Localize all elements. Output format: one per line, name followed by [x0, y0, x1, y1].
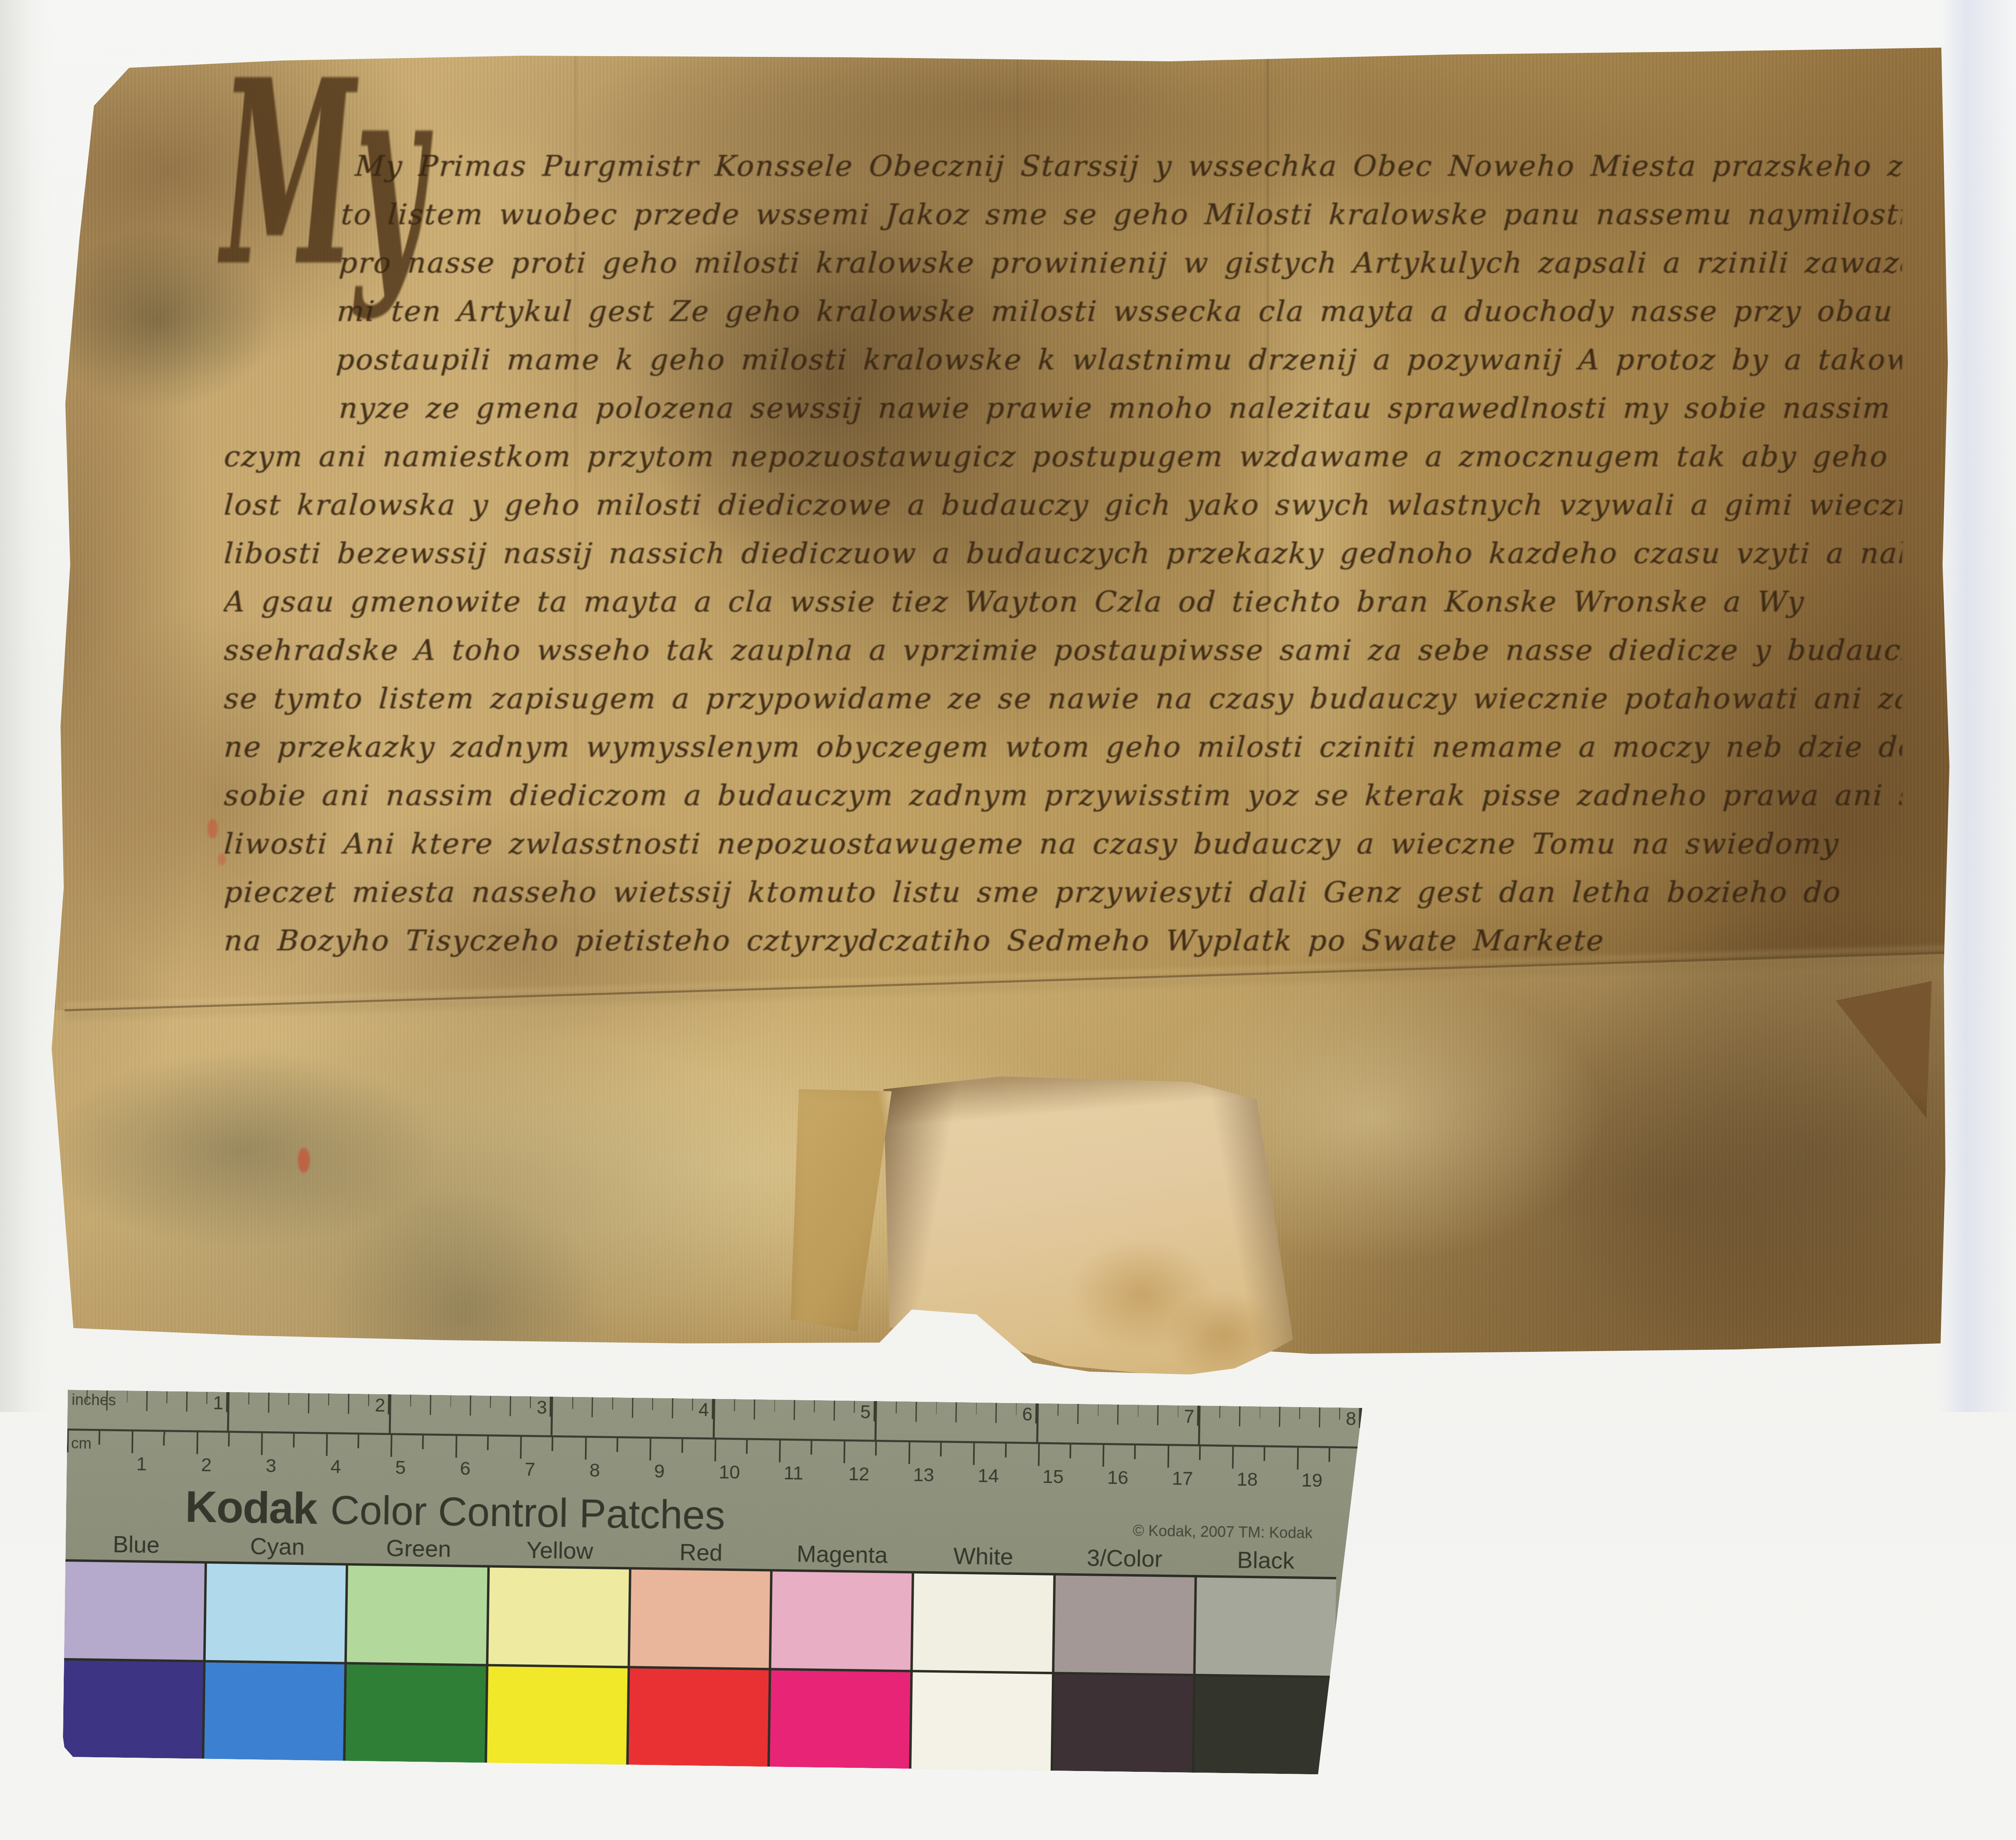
patch-label: Magenta [771, 1540, 913, 1569]
manuscript-line: pro nasse proti geho milosti kralowske p… [223, 239, 1903, 287]
cm-ruler-cell: 11 [779, 1441, 844, 1489]
cm-ruler-cell: 2 [196, 1432, 261, 1481]
manuscript-line: ne przekazky zadnym wymysslenym obyczege… [223, 723, 1903, 771]
cm-ruler-number: 10 [719, 1461, 740, 1483]
patch-swatch-dark [770, 1670, 910, 1769]
cm-ruler-number: 4 [330, 1455, 341, 1477]
cm-ruler-cell: 16 [1102, 1445, 1168, 1493]
cm-ruler-number: 8 [589, 1459, 600, 1481]
manuscript-line: pieczet miesta nasseho wietssij ktomuto … [223, 868, 1903, 917]
patch-label: Black [1195, 1546, 1337, 1575]
scanner-right-shading [1939, 0, 2016, 1412]
inch-ruler-cell: 6 [876, 1401, 1038, 1442]
patch-column [1194, 1577, 1336, 1775]
patch-swatch-dark [487, 1667, 627, 1765]
patch-column [487, 1568, 629, 1765]
inch-ruler-number: 4 [698, 1399, 709, 1420]
cm-ruler-cell: 6 [455, 1436, 520, 1484]
cm-ruler-cell: 7 [520, 1437, 585, 1485]
patch-column [770, 1571, 911, 1769]
manuscript-line: mi ten Artykul gest Ze geho kralowske mi… [223, 287, 1903, 336]
cm-ruler-number: 9 [654, 1460, 665, 1482]
patch-label: Red [630, 1538, 772, 1567]
manuscript-text: My Primas Purgmistr Konssele Obecznij St… [224, 142, 1902, 965]
patch-swatch-dark [1053, 1674, 1193, 1773]
patch-swatch-light [913, 1573, 1053, 1672]
inch-ruler-cell: 7 [1038, 1403, 1200, 1445]
inch-ruler-cell: 8 [1200, 1406, 1362, 1447]
cm-ruler-cell: 3 [261, 1433, 326, 1482]
patch-swatch-light [1196, 1577, 1336, 1676]
kodak-color-card: 1 2 3 4 5 6 7 [63, 1390, 1375, 1775]
patch-swatch-light [205, 1564, 346, 1662]
color-patches [63, 1559, 1336, 1775]
manuscript-line: to listem wuobec przede wssemi Jakoz sme… [223, 190, 1903, 239]
manuscript-line: My Primas Purgmistr Konssele Obecznij St… [223, 142, 1903, 190]
patch-swatch-dark [911, 1672, 1052, 1771]
cm-ruler-cell: 14 [973, 1443, 1038, 1491]
scanner-left-shading [0, 0, 52, 1412]
patch-column [1053, 1575, 1195, 1773]
cm-ruler-number: 15 [1042, 1465, 1064, 1488]
patch-swatch-light [489, 1568, 629, 1666]
manuscript-line: liwosti Ani ktere zwlasstnosti nepozuost… [223, 820, 1903, 868]
patch-swatch-light [771, 1571, 912, 1670]
cm-ruler-cell: 1 [131, 1431, 196, 1480]
patch-swatch-light [630, 1570, 770, 1668]
cm-ruler-cell: 17 [1167, 1446, 1232, 1494]
red-ink-mark [298, 1148, 310, 1173]
patch-swatch-light [1054, 1575, 1195, 1674]
cm-ruler-number: 11 [783, 1462, 804, 1484]
patch-column [911, 1573, 1053, 1771]
cm-ruler-cell: 5 [390, 1435, 455, 1483]
tear-opening [867, 1069, 1303, 1380]
inch-ruler-number: 5 [860, 1401, 871, 1422]
cm-ruler-number: 17 [1172, 1467, 1193, 1489]
patch-swatch-dark [204, 1662, 345, 1761]
cm-ruler-number: 16 [1107, 1466, 1128, 1489]
inch-ruler-cell: 2 [229, 1392, 391, 1433]
cm-ruler-cell: 4 [326, 1434, 391, 1483]
cm-ruler-number: 18 [1237, 1468, 1258, 1490]
manuscript-line: postaupili mame k geho milosti kralowske… [223, 336, 1903, 384]
cm-ruler-number: 3 [265, 1454, 276, 1477]
card-title-text: Color Control Patches [330, 1487, 725, 1538]
manuscript-line: lost kralowska y geho milosti diediczowe… [223, 481, 1903, 529]
cm-ruler-cell: 12 [843, 1441, 909, 1490]
patch-column [204, 1564, 346, 1761]
inch-ruler-number: 6 [1022, 1403, 1032, 1425]
patch-swatch-dark [1194, 1676, 1335, 1775]
inch-ruler-cell: 5 [714, 1399, 877, 1440]
cm-unit-label: cm [71, 1435, 92, 1453]
cm-ruler-number: 6 [460, 1457, 471, 1479]
patch-label: Yellow [489, 1536, 631, 1565]
manuscript-line: libosti bezewssij nassij nassich diedicz… [223, 529, 1903, 578]
cm-ruler-cell: 8 [584, 1438, 650, 1486]
card-title: KodakColor Control Patches [185, 1481, 725, 1540]
cm-ruler-cell: 15 [1038, 1444, 1103, 1493]
manuscript-line: ssehradske A toho wsseho tak zauplna a v… [223, 626, 1903, 675]
manuscript-line: czym ani namiestkom przytom nepozuostawu… [223, 432, 1903, 481]
patch-swatch-light [347, 1566, 487, 1664]
patch-label: Green [348, 1534, 489, 1563]
inch-ruler-number: 2 [375, 1394, 385, 1416]
patch-swatch-dark [629, 1669, 769, 1767]
cm-ruler-number: 2 [201, 1454, 212, 1476]
red-ink-mark [207, 819, 218, 838]
manuscript-line: na Bozyho Tisyczeho pietisteho cztyrzydc… [223, 917, 1903, 965]
inch-ruler-cell: 3 [391, 1394, 553, 1435]
patch-column [63, 1562, 204, 1759]
kodak-brand: Kodak [185, 1482, 317, 1533]
cm-ruler-number: 14 [978, 1464, 999, 1487]
inch-ruler-number: 1 [213, 1392, 224, 1414]
inch-ruler-number: 8 [1345, 1408, 1356, 1429]
manuscript-line: nyze ze gmena polozena sewssij nawie pra… [223, 384, 1903, 432]
cm-ruler-cell: 9 [649, 1439, 714, 1487]
cm-ruler-cell: 13 [908, 1442, 974, 1491]
patch-column [346, 1566, 487, 1763]
patch-label: 3/Color [1054, 1544, 1195, 1573]
cm-ruler-cell: 19 [1296, 1448, 1362, 1496]
cm-ruler-number: 12 [848, 1462, 869, 1485]
cm-ruler-number: 1 [136, 1452, 147, 1475]
cm-ruler-number: 19 [1301, 1469, 1322, 1491]
patch-swatch-dark [63, 1660, 203, 1759]
patch-swatch-dark [346, 1665, 486, 1763]
cm-ruler-cell: 18 [1232, 1447, 1297, 1495]
patch-label: Cyan [207, 1532, 348, 1561]
manuscript-line: se tymto listem zapisugem a przypowidame… [223, 675, 1903, 723]
cm-ruler-number: 5 [395, 1456, 406, 1478]
inch-ruler-number: 7 [1184, 1406, 1194, 1427]
patch-column [629, 1570, 770, 1767]
cm-ruler-cell: 10 [714, 1439, 779, 1488]
cm-ruler-number: 7 [524, 1458, 535, 1480]
inches-unit-label: inches [71, 1391, 116, 1410]
patch-swatch-light [64, 1562, 205, 1660]
inch-ruler-cell: 4 [553, 1397, 715, 1438]
manuscript-line: sobie ani nassim diediczom a budauczym z… [223, 771, 1903, 820]
patch-label: Blue [65, 1530, 207, 1559]
manuscript-line: A gsau gmenowite ta mayta a cla wssie ti… [223, 578, 1903, 626]
patch-label: White [913, 1542, 1054, 1571]
cm-ruler-number: 13 [913, 1463, 934, 1486]
card-copyright: © Kodak, 2007 TM: Kodak [1133, 1523, 1313, 1542]
inch-ruler-number: 3 [537, 1396, 547, 1418]
